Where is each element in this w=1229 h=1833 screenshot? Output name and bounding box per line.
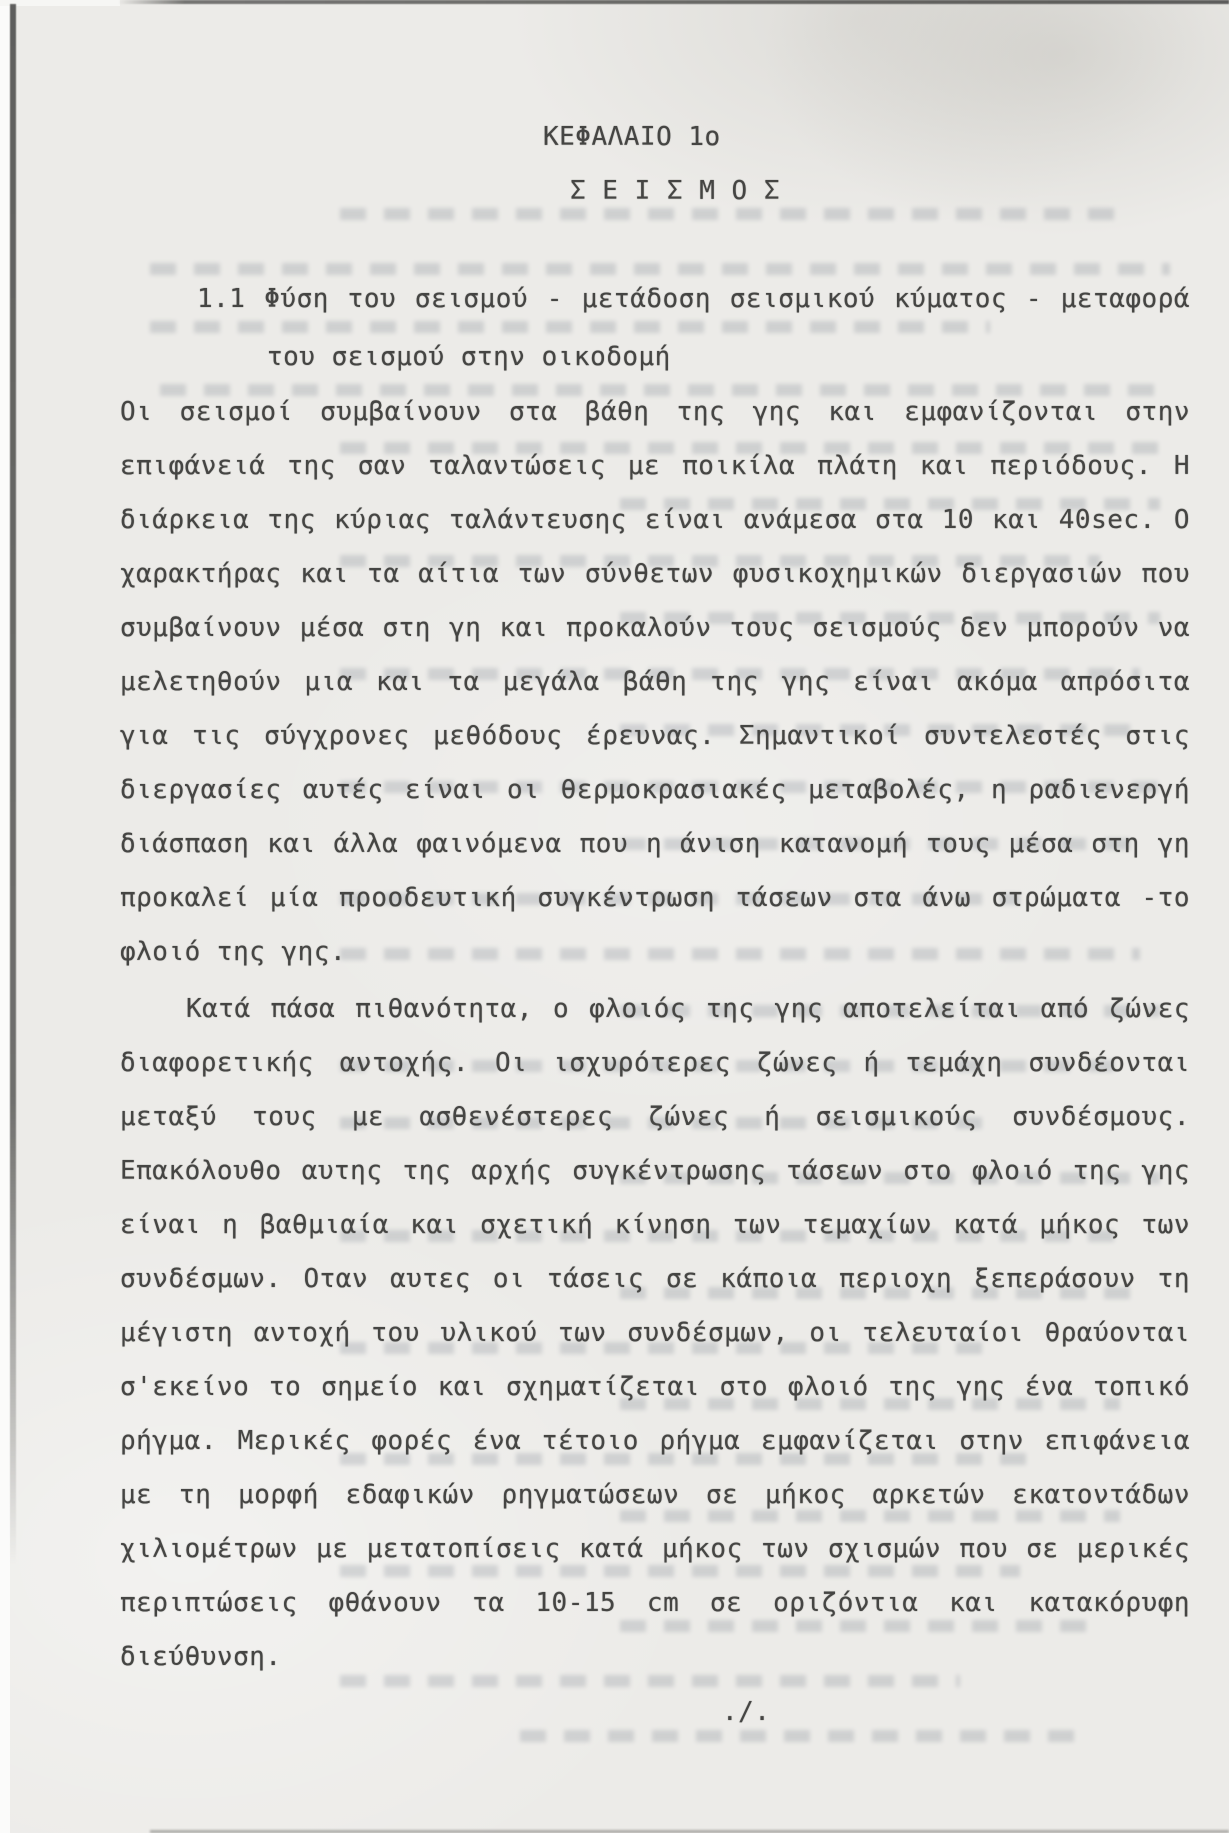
text-line: επιφάνειά της σαν ταλαντώσεις με ποικίλα… bbox=[120, 439, 1190, 493]
text-line: χαρακτήρας και τα αίτια των σύνθετων φυσ… bbox=[120, 547, 1190, 601]
text-line: περιπτώσεις φθάνουν τα 10-15 cm σε οριζό… bbox=[120, 1576, 1190, 1630]
text-line: προκαλεί μία προοδευτική συγκέντρωση τάσ… bbox=[120, 871, 1190, 925]
text-line: φλοιό της γης. bbox=[120, 925, 1190, 979]
text-line: Επακόλουθο αυτης της αρχής συγκέντρωσης … bbox=[120, 1144, 1190, 1198]
scan-edge-top bbox=[118, 0, 1229, 4]
paragraph-2: Κατά πάσα πιθανότητα, ο φλοιός της γης α… bbox=[120, 982, 1190, 1684]
text-line: χιλιομέτρων με μετατοπίσεις κατά μήκος τ… bbox=[120, 1522, 1190, 1576]
text-line: σ'εκείνο το σημείο και σχηματίζεται στο … bbox=[120, 1360, 1190, 1414]
chapter-heading: ΚΕΦΑΛΑΙΟ 1ο bbox=[543, 110, 721, 164]
text-line: με τη μορφή εδαφικών ρηγματώσεων σε μήκο… bbox=[120, 1468, 1190, 1522]
bleed-through-artifact bbox=[520, 1730, 1080, 1742]
text-line: μελετηθούν μια και τα μεγάλα βάθη της γη… bbox=[120, 655, 1190, 709]
text-line: συνδέσμων. Οταν αυτες οι τάσεις σε κάποι… bbox=[120, 1252, 1190, 1306]
text-line: ρήγμα. Μερικές φορές ένα τέτοιο ρήγμα εμ… bbox=[120, 1414, 1190, 1468]
scan-edge-left bbox=[10, 4, 16, 1564]
text-line: μέγιστη αντοχή του υλικού των συνδέσμων,… bbox=[120, 1306, 1190, 1360]
scanned-page: ΚΕΦΑΛΑΙΟ 1ο Σ Ε Ι Σ Μ Ο Σ 1.1 Φύση του σ… bbox=[0, 0, 1229, 1833]
page-end-mark: ./. bbox=[722, 1685, 770, 1739]
text-line: διεργασίες αυτές είναι οι θερμοκρασιακές… bbox=[120, 763, 1190, 817]
section-heading-line-2: του σεισμού στην οικοδομή bbox=[267, 330, 671, 384]
text-line: συμβαίνουν μέσα στη γη και προκαλούν του… bbox=[120, 601, 1190, 655]
scan-margin-white bbox=[0, 0, 10, 1833]
text-line: διεύθυνση. bbox=[120, 1630, 1190, 1684]
section-heading-line-1: 1.1 Φύση του σεισμού - μετάδοση σεισμικο… bbox=[197, 272, 1190, 326]
text-line: διάσπαση και άλλα φαινόμενα που η άνιση … bbox=[120, 817, 1190, 871]
text-line: διαφορετικής αντοχής. Οι ισχυρότερες ζών… bbox=[120, 1036, 1190, 1090]
scan-margin-white-top bbox=[0, 0, 120, 6]
chapter-title: Σ Ε Ι Σ Μ Ο Σ bbox=[570, 164, 780, 218]
text-line: για τις σύγχρονες μεθόδους έρευνας. Σημα… bbox=[120, 709, 1190, 763]
text-line: είναι η βαθμιαία και σχετική κίνηση των … bbox=[120, 1198, 1190, 1252]
text-line: Κατά πάσα πιθανότητα, ο φλοιός της γης α… bbox=[120, 982, 1190, 1036]
text-line: διάρκεια της κύριας ταλάντευσης είναι αν… bbox=[120, 493, 1190, 547]
text-line: μεταξύ τους με ασθενέστερες ζώνες ή σεισ… bbox=[120, 1090, 1190, 1144]
text-line: Οι σεισμοί συμβαίνουν στα βάθη της γης κ… bbox=[120, 385, 1190, 439]
paragraph-1: Οι σεισμοί συμβαίνουν στα βάθη της γης κ… bbox=[120, 385, 1190, 979]
